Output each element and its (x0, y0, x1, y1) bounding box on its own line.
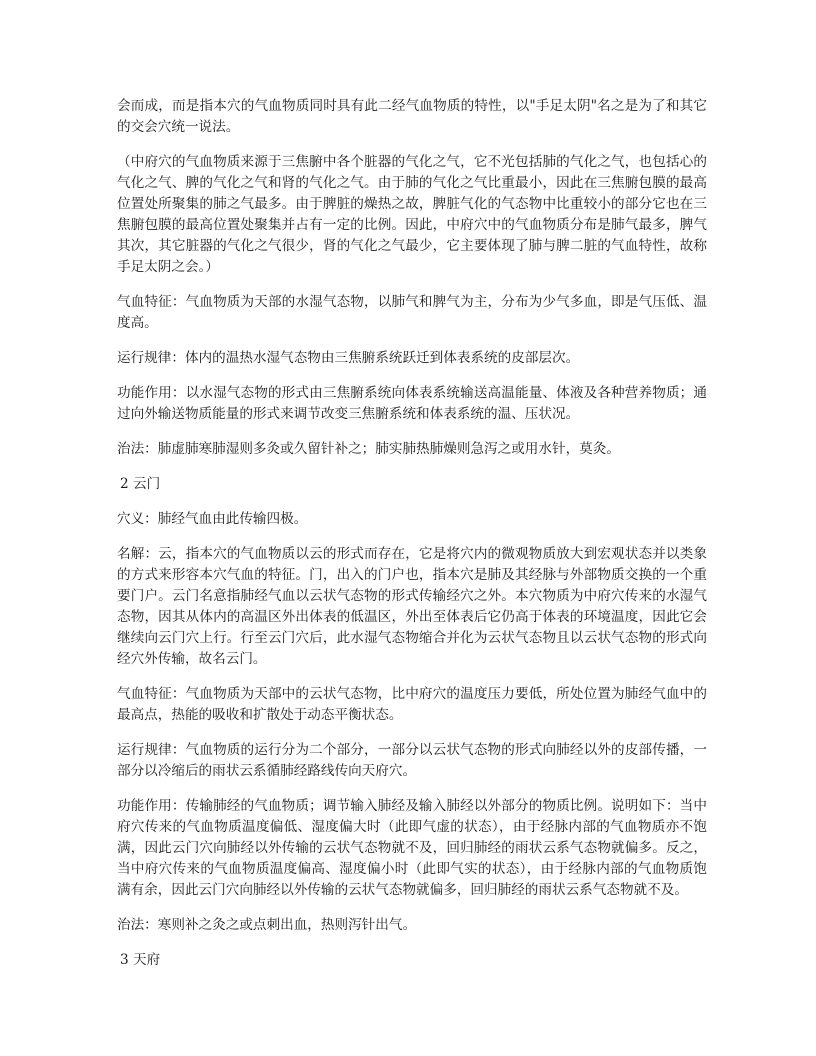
paragraph-zhongfu-function: 功能作用：以水湿气态物的形式由三焦腑系统向体表系统输送高温能量、体液及各种营养物… (117, 383, 707, 425)
document-page: 会而成，而是指本穴的气血物质同时具有此二经气血物质的特性，以"手足太阴"名之是为… (117, 96, 707, 985)
section-heading-tianfu: 3 天府 (117, 950, 707, 971)
paragraph-yunmen-treatment: 治法：寒则补之灸之或点刺出血，热则泻针出气。 (117, 915, 707, 936)
paragraph-yunmen-qixue-features: 气血特征：气血物质为天部中的云状气态物，比中府穴的温度压力要低，所处位置为肺经气… (117, 684, 707, 726)
paragraph-yunmen-function: 功能作用：传输肺经的气血物质；调节输入肺经及输入肺经以外部分的物质比例。说明如下… (117, 796, 707, 901)
paragraph-intro-continuation: 会而成，而是指本穴的气血物质同时具有此二经气血物质的特性，以"手足太阴"名之是为… (117, 96, 707, 138)
section-heading-yunmen: 2 云门 (117, 474, 707, 495)
paragraph-yunmen-name-explanation: 名解：云，指本穴的气血物质以云的形式而存在，它是将穴内的微观物质放大到宏观状态并… (117, 544, 707, 670)
paragraph-zhongfu-flow-pattern: 运行规律：体内的温热水湿气态物由三焦腑系统跃迁到体表系统的皮部层次。 (117, 348, 707, 369)
paragraph-zhongfu-qixue-features: 气血特征：气血物质为天部的水湿气态物，以肺气和脾气为主，分布为少气多血，即是气压… (117, 292, 707, 334)
paragraph-yunmen-flow-pattern: 运行规律：气血物质的运行分为二个部分，一部分以云状气态物的形式向肺经以外的皮部传… (117, 740, 707, 782)
paragraph-yunmen-meaning: 穴义：肺经气血由此传输四极。 (117, 509, 707, 530)
paragraph-zhongfu-treatment: 治法：肺虚肺寒肺湿则多灸或久留针补之；肺实肺热肺燥则急泻之或用水针，莫灸。 (117, 439, 707, 460)
paragraph-zhongfu-note: （中府穴的气血物质来源于三焦腑中各个脏器的气化之气，它不光包括肺的气化之气，也包… (117, 152, 707, 278)
